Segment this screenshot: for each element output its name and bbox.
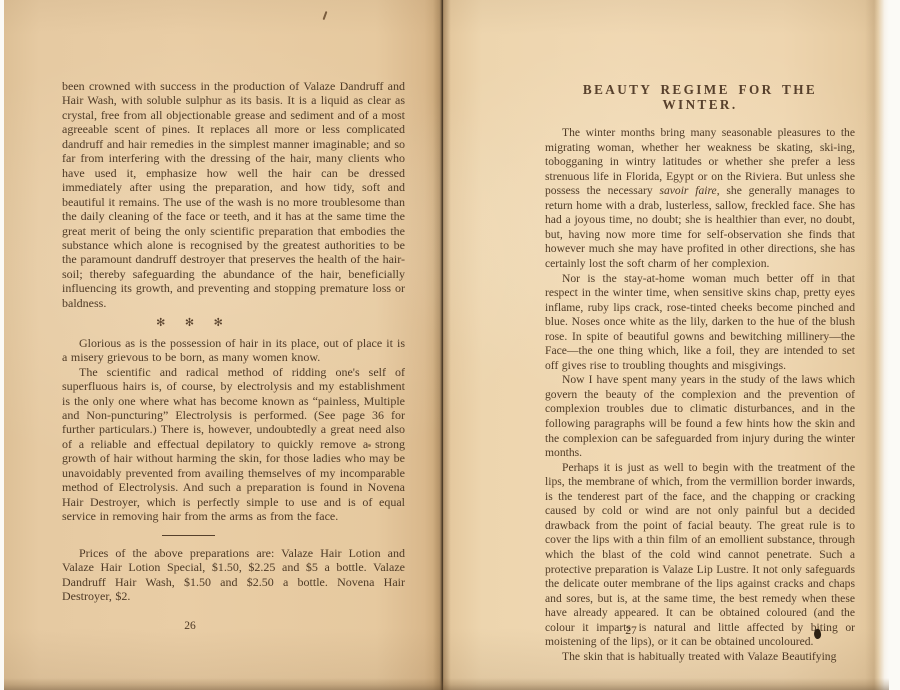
text-segment: The scientific and radical method of rid… — [62, 365, 405, 524]
divider-rule — [162, 535, 215, 536]
ink-speck — [368, 444, 371, 447]
text-segment: been crowned with success in the product… — [62, 79, 405, 310]
page-edge — [865, 0, 889, 690]
text-segment: Glorious as is the possession of hair in… — [62, 336, 405, 364]
right-page: BEAUTY REGIME FOR THE WINTER. The winter… — [545, 80, 855, 664]
left-page-text: been crowned with success in the product… — [62, 79, 405, 603]
text-segment: The skin that is habitually treated with… — [562, 650, 836, 663]
paragraph: Prices of the above preparations are: Va… — [62, 546, 405, 604]
paragraph: Nor is the stay-at-home woman much bette… — [545, 272, 855, 374]
paragraph: The skin that is habitually treated with… — [545, 650, 855, 665]
paragraph: The winter months bring many seasonable … — [545, 126, 855, 271]
text-segment: Nor is the stay-at-home woman much bette… — [545, 272, 855, 372]
italic-phrase: savoir faire — [659, 184, 716, 197]
page-number-right: 27 — [591, 625, 671, 637]
asterisk-ornament: ✻ ✻ ✻ — [62, 316, 405, 330]
paragraph: Now I have spent many years in the study… — [545, 373, 855, 460]
ink-mark-slash — [323, 11, 328, 20]
text-segment: Prices of the above preparations are: Va… — [62, 546, 405, 603]
text-segment: Now I have spent many years in the study… — [545, 373, 855, 459]
paragraph: been crowned with success in the product… — [62, 79, 405, 310]
binding-crease — [433, 0, 451, 690]
right-page-text: The winter months bring many seasonable … — [545, 126, 855, 664]
paragraph: Glorious as is the possession of hair in… — [62, 336, 405, 365]
paragraph: Perhaps it is just as well to begin with… — [545, 461, 855, 650]
text-segment: Perhaps it is just as well to begin with… — [545, 461, 855, 649]
paragraph: The scientific and radical method of rid… — [62, 365, 405, 524]
chapter-heading: BEAUTY REGIME FOR THE WINTER. — [545, 83, 855, 112]
book-scan: been crowned with success in the product… — [4, 0, 889, 690]
page-number-left: 26 — [150, 620, 230, 632]
